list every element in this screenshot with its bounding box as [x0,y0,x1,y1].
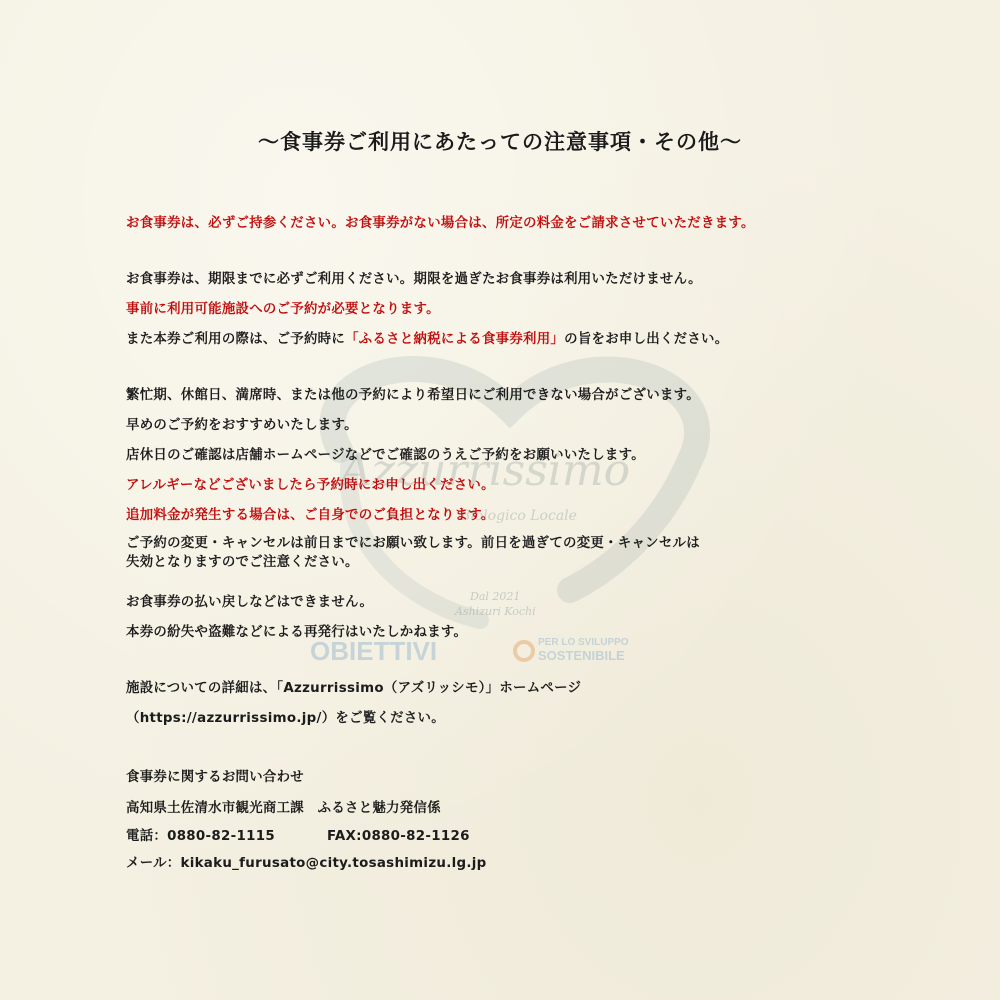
early-booking-notice: 早めのご予約をおすすめいたします。 [126,414,358,433]
usage-declaration-notice: また本券ご利用の際は、ご予約時に「ふるさと納税による食事券利用」の旨をお申し出く… [126,328,728,347]
contact-email: メール：kikaku_furusato@city.tosashimizu.lg.… [126,852,487,871]
page-title: ～食事券ご利用にあたっての注意事項・その他～ [0,126,1000,156]
contact-heading: 食事券に関するお問い合わせ [126,766,304,785]
watermark-place: Ashizuri Kochi [454,605,536,618]
facility-url-notice: （https://azzurrissimo.jp/）をご覧ください。 [126,707,445,726]
sdg-main-text: OBIETTIVI [310,636,437,666]
holiday-check-notice: 店休日のご確認は店舗ホームページなどでご確認のうえご予約をお願いいたします。 [126,444,645,463]
extra-charge-notice: 追加料金が発生する場合は、ご自身でのご負担となります。 [126,504,495,523]
sdg-wheel-icon [515,642,533,660]
no-reissue-notice: 本券の紛失や盗難などによる再発行はいたしかねます。 [126,621,467,640]
usage-declaration-highlight: 「ふるさと納税による食事券利用」 [345,332,564,347]
contact-phone: 電話：0880-82-1115 [126,829,275,844]
reservation-required-notice: 事前に利用可能施設へのご予約が必要となります。 [126,298,440,317]
usage-declaration-prefix: また本券ご利用の際は、ご予約時に [126,332,345,347]
allergy-notice: アレルギーなどございましたら予約時にお申し出ください。 [126,474,495,493]
sdg-sub-text-2: SOSTENIBILE [538,648,625,663]
usage-declaration-suffix: の旨をお申し出ください。 [564,332,728,347]
watermark-since: Dal 2021 [469,590,520,603]
facility-details-notice: 施設についての詳細は、「Azzurrissimo（アズリッシモ）」ホームページ [126,677,581,696]
expiry-notice: お食事券は、期限までに必ずご利用ください。期限を過ぎたお食事券は利用いただけませ… [126,268,702,287]
cancellation-notice-line1: ご予約の変更・キャンセルは前日までにお願い致します。前日を過ぎての変更・キャンセ… [126,532,700,551]
contact-fax: FAX:0880-82-1126 [327,829,470,844]
availability-notice: 繁忙期、休館日、満席時、または他の予約により希望日にご利用できない場合がございま… [126,384,700,403]
contact-phone-row: 電話：0880-82-1115FAX:0880-82-1126 [126,825,470,844]
no-refund-notice: お食事券の払い戻しなどはできません。 [126,591,373,610]
must-bring-notice: お食事券は、必ずご持参ください。お食事券がない場合は、所定の料金をご請求させてい… [126,212,755,231]
contact-department: 高知県土佐清水市観光商工課 ふるさと魅力発信係 [126,797,441,816]
sdg-sub-text-1: PER LO SVILUPPO [538,637,629,648]
cancellation-notice-line2: 失効となりますのでご注意ください。 [126,551,359,570]
